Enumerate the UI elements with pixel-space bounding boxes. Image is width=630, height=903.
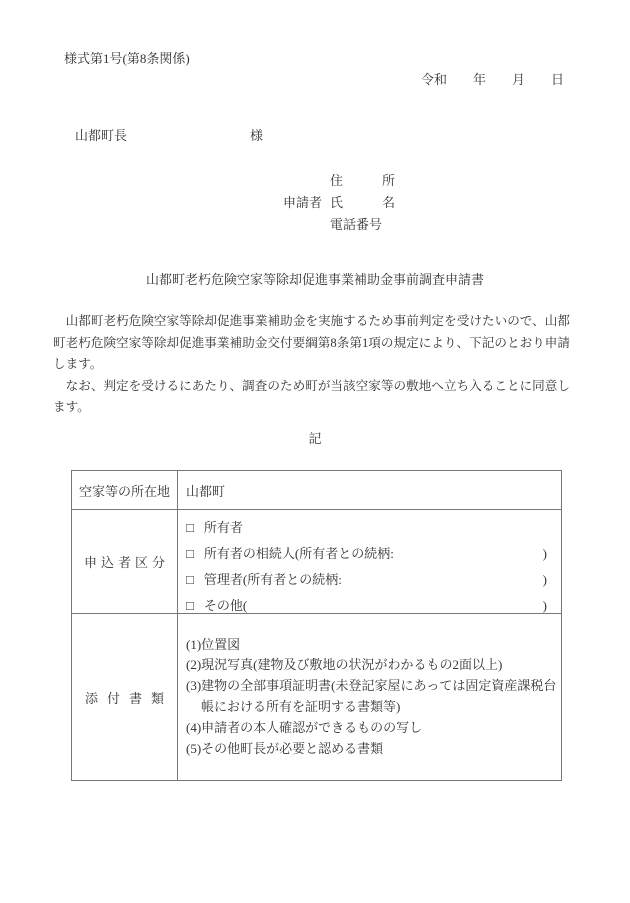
attachment-item-5: (5)その他町長が必要と認める書類 (186, 739, 561, 760)
option-close-paren: ) (543, 541, 547, 567)
attachments-list: (1)位置図 (2)現況写真(建物及び敷地の状況がわかるもの2面以上) (3)建… (178, 614, 561, 780)
record-marker: 記 (0, 429, 630, 449)
option-label: その他( (204, 598, 247, 613)
application-table: 空家等の所在地 山都町 申込者区分 □所有者 □所有者の相続人(所有者との続柄:… (71, 470, 562, 781)
checkbox-icon: □ (186, 572, 194, 587)
attachment-item-3: (3)建物の全部事項証明書(未登記家屋にあっては固定資産課税台 (186, 676, 561, 697)
table-row-location: 空家等の所在地 山都町 (72, 471, 561, 509)
checkbox-icon: □ (186, 520, 194, 535)
document-page: 様式第1号(第8条関係) 令和 年 月 日 山都町長 様 住 所 申請者 氏 名… (0, 0, 630, 903)
option-heir: □所有者の相続人(所有者との続柄:) (186, 541, 561, 567)
form-number: 様式第1号(第8条関係) (64, 49, 190, 69)
checkbox-icon: □ (186, 598, 194, 613)
checkbox-icon: □ (186, 546, 194, 561)
applicant-prefix-spacer (283, 214, 330, 236)
body-paragraph-1: 山都町老朽危険空家等除却促進事業補助金を実施するため事前判定を受けたいので、山都… (53, 311, 570, 376)
applicant-type-options: □所有者 □所有者の相続人(所有者との続柄:) □管理者(所有者との続柄:) □… (178, 510, 561, 613)
applicant-type-label-text: 申込者区分 (84, 552, 169, 571)
applicant-prefix-label: 申請者 (283, 192, 330, 214)
body-text: 山都町老朽危険空家等除却促進事業補助金を実施するため事前判定を受けたいので、山都… (53, 311, 570, 419)
document-title: 山都町老朽危険空家等除却促進事業補助金事前調査申請書 (0, 271, 630, 289)
body-paragraph-2: なお、判定を受けるにあたり、調査のため町が当該空家等の敷地へ立ち入ることに同意し… (53, 376, 570, 419)
attachment-item-4: (4)申請者の本人確認ができるものの写し (186, 718, 561, 739)
addressee-honorific: 様 (250, 126, 263, 146)
date-line: 令和 年 月 日 (421, 70, 564, 90)
option-label: 管理者(所有者との続柄: (204, 572, 342, 587)
location-label-text: 空家等の所在地 (79, 481, 170, 500)
row-label-attachments: 添付書類 (72, 614, 178, 780)
applicant-phone-label: 電話番号 (330, 214, 382, 236)
applicant-name-label: 氏 名 (330, 192, 395, 214)
table-row-attachments: 添付書類 (1)位置図 (2)現況写真(建物及び敷地の状況がわかるもの2面以上)… (72, 613, 561, 780)
applicant-name-row: 申請者 氏 名 (283, 192, 395, 214)
option-label: 所有者の相続人(所有者との続柄: (204, 546, 394, 561)
attachments-label-text: 添付書類 (85, 688, 173, 707)
option-close-paren: ) (543, 593, 547, 619)
option-manager: □管理者(所有者との続柄:) (186, 567, 561, 593)
applicant-phone-row: 電話番号 (283, 214, 395, 236)
option-label: 所有者 (204, 520, 243, 535)
addressee-name: 山都町長 (75, 126, 127, 146)
option-owner: □所有者 (186, 515, 561, 541)
location-value: 山都町 (186, 481, 225, 500)
applicant-address-row: 住 所 (283, 170, 395, 192)
table-row-applicant-type: 申込者区分 □所有者 □所有者の相続人(所有者との続柄:) □管理者(所有者との… (72, 509, 561, 613)
row-label-applicant-type: 申込者区分 (72, 510, 178, 613)
attachment-item-2: (2)現況写真(建物及び敷地の状況がわかるもの2面以上) (186, 655, 561, 676)
applicant-address-label: 住 所 (330, 170, 395, 192)
row-label-location: 空家等の所在地 (72, 471, 178, 509)
attachment-item-3-continued: 帳における所有を証明する書類等) (186, 697, 561, 718)
applicant-prefix-spacer (283, 170, 330, 192)
option-close-paren: ) (543, 567, 547, 593)
applicant-block: 住 所 申請者 氏 名 電話番号 (283, 170, 395, 236)
option-other: □その他() (186, 593, 561, 619)
attachment-item-1: (1)位置図 (186, 635, 561, 656)
location-value-cell: 山都町 (178, 471, 561, 509)
